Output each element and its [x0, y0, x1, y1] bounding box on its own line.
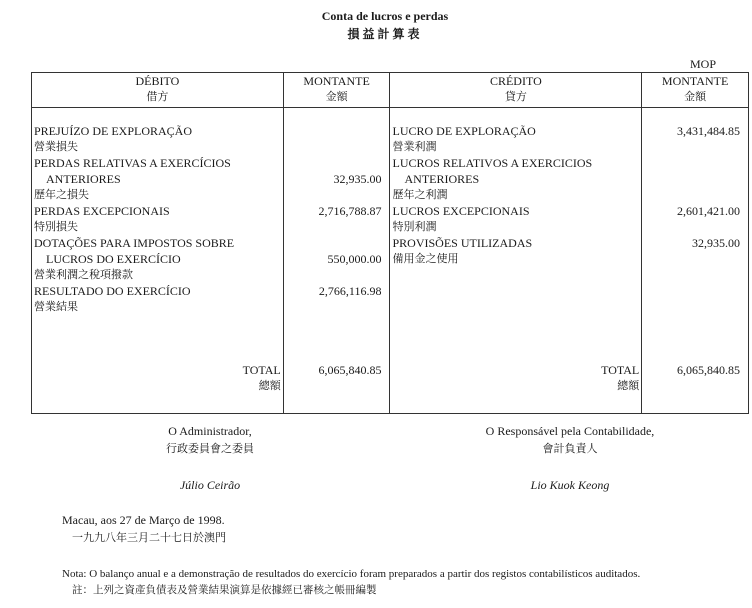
debit-entry-label: PERDAS RELATIVAS A EXERCÍCIOS — [32, 155, 283, 171]
spacer — [284, 299, 390, 315]
debit-entry-label-zh: 特別損失 — [32, 219, 283, 235]
spacer — [284, 139, 390, 155]
debit-header: DÉBITO 借方 — [32, 73, 284, 108]
debit-entry: PREJUÍZO DE EXPLORAÇÃO營業損失 — [32, 123, 283, 155]
credit-entry-label-zh: 備用金之使用 — [390, 251, 641, 267]
credit-entry-label: ANTERIORES — [390, 171, 641, 187]
debit-total-label: TOTAL 總額 — [32, 363, 284, 414]
debit-entry-amount: 2,716,788.87 — [284, 203, 390, 219]
debit-entry-label-zh: 營業損失 — [32, 139, 283, 155]
credit-entry-label: LUCROS EXCEPCIONAIS — [390, 203, 641, 219]
credit-entry-label: PROVISÕES UTILIZADAS — [390, 235, 641, 251]
credit-amounts-list: 3,431,484.85 2,601,421.00 32,935.00 — [642, 108, 749, 364]
credit-entry: LUCRO DE EXPLORAÇÃO營業利潤 — [390, 123, 641, 155]
debit-entry-label-zh: 營業利潤之稅項撥款 — [32, 267, 283, 283]
document-title: Conta de lucros e perdas — [0, 9, 752, 24]
profit-loss-table: DÉBITO 借方 MONTANTE 金額 CRÉDITO 貸方 MONTANT… — [31, 72, 749, 414]
spacer — [642, 251, 748, 267]
debit-entry-amount: 550,000.00 — [284, 251, 390, 267]
credit-amount-header: MONTANTE 金額 — [642, 73, 749, 108]
spacer — [642, 219, 748, 235]
credit-entry-label-zh: 特別利潤 — [390, 219, 641, 235]
debit-entry-label: ANTERIORES — [32, 171, 283, 187]
credit-entry-label-zh: 歷年之利潤 — [390, 187, 641, 203]
spacer — [284, 219, 390, 235]
credit-entry: LUCROS RELATIVOS A EXERCICIOSANTERIORES歷… — [390, 155, 641, 203]
credit-entry-label-zh: 營業利潤 — [390, 139, 641, 155]
debit-entry: DOTAÇÕES PARA IMPOSTOS SOBRELUCROS DO EX… — [32, 235, 283, 283]
place-date: Macau, aos 27 de Março de 1998. 一九九八年三月二… — [62, 512, 226, 546]
table-header-row: DÉBITO 借方 MONTANTE 金額 CRÉDITO 貸方 MONTANT… — [32, 73, 749, 108]
debit-items-list: PREJUÍZO DE EXPLORAÇÃO營業損失PERDAS RELATIV… — [32, 108, 284, 364]
debit-entry-amount: 32,935.00 — [284, 171, 390, 187]
debit-entry: PERDAS EXCEPCIONAIS特別損失 — [32, 203, 283, 235]
administrator-signature: O Administrador, 行政委員會之委員 Júlio Ceirão — [100, 423, 320, 494]
table-body-row: PREJUÍZO DE EXPLORAÇÃO營業損失PERDAS RELATIV… — [32, 108, 749, 364]
spacer — [284, 155, 390, 171]
debit-amounts-list: 32,935.00 2,716,788.87 550,000.00 2,766,… — [283, 108, 390, 364]
debit-entry-label: PREJUÍZO DE EXPLORAÇÃO — [32, 123, 283, 139]
spacer — [284, 267, 390, 283]
spacer — [642, 155, 748, 171]
document-title-zh: 損益計算表 — [0, 25, 752, 42]
debit-entry-amount: 2,766,116.98 — [284, 283, 390, 299]
signatory-name: Júlio Ceirão — [100, 477, 320, 494]
spacer — [642, 139, 748, 155]
credit-entry: PROVISÕES UTILIZADAS備用金之使用 — [390, 235, 641, 267]
debit-entry-label: DOTAÇÕES PARA IMPOSTOS SOBRE — [32, 235, 283, 251]
spacer — [284, 123, 390, 139]
spacer — [642, 171, 748, 187]
credit-total-label: TOTAL 總額 — [390, 363, 642, 414]
credit-entry-amount: 3,431,484.85 — [642, 123, 748, 139]
debit-amount-header: MONTANTE 金額 — [283, 73, 390, 108]
spacer — [284, 187, 390, 203]
credit-entry-amount: 2,601,421.00 — [642, 203, 748, 219]
footnote: Nota: O balanço anual e a demonstração d… — [62, 566, 640, 598]
debit-total-amount: 6,065,840.85 — [283, 363, 390, 414]
credit-entry-label: LUCROS RELATIVOS A EXERCICIOS — [390, 155, 641, 171]
credit-entry-amount: 32,935.00 — [642, 235, 748, 251]
credit-entry: LUCROS EXCEPCIONAIS特別利潤 — [390, 203, 641, 235]
debit-entry-label: PERDAS EXCEPCIONAIS — [32, 203, 283, 219]
debit-entry-label: LUCROS DO EXERCÍCIO — [32, 251, 283, 267]
currency-label: MOP — [690, 57, 716, 72]
accountant-signature: O Responsável pela Contabilidade, 會計負責人 … — [440, 423, 700, 494]
spacer — [642, 187, 748, 203]
debit-entry-label: RESULTADO DO EXERCÍCIO — [32, 283, 283, 299]
debit-entry: RESULTADO DO EXERCÍCIO營業結果 — [32, 283, 283, 315]
debit-entry: PERDAS RELATIVAS A EXERCÍCIOSANTERIORES歷… — [32, 155, 283, 203]
table-total-row: TOTAL 總額 6,065,840.85 TOTAL 總額 6,065,840… — [32, 363, 749, 414]
credit-items-list: LUCRO DE EXPLORAÇÃO營業利潤LUCROS RELATIVOS … — [390, 108, 642, 364]
signatory-name: Lio Kuok Keong — [440, 477, 700, 494]
credit-total-amount: 6,065,840.85 — [642, 363, 749, 414]
debit-entry-label-zh: 營業結果 — [32, 299, 283, 315]
credit-entry-label: LUCRO DE EXPLORAÇÃO — [390, 123, 641, 139]
credit-header: CRÉDITO 貸方 — [390, 73, 642, 108]
spacer — [284, 235, 390, 251]
debit-entry-label-zh: 歷年之損失 — [32, 187, 283, 203]
